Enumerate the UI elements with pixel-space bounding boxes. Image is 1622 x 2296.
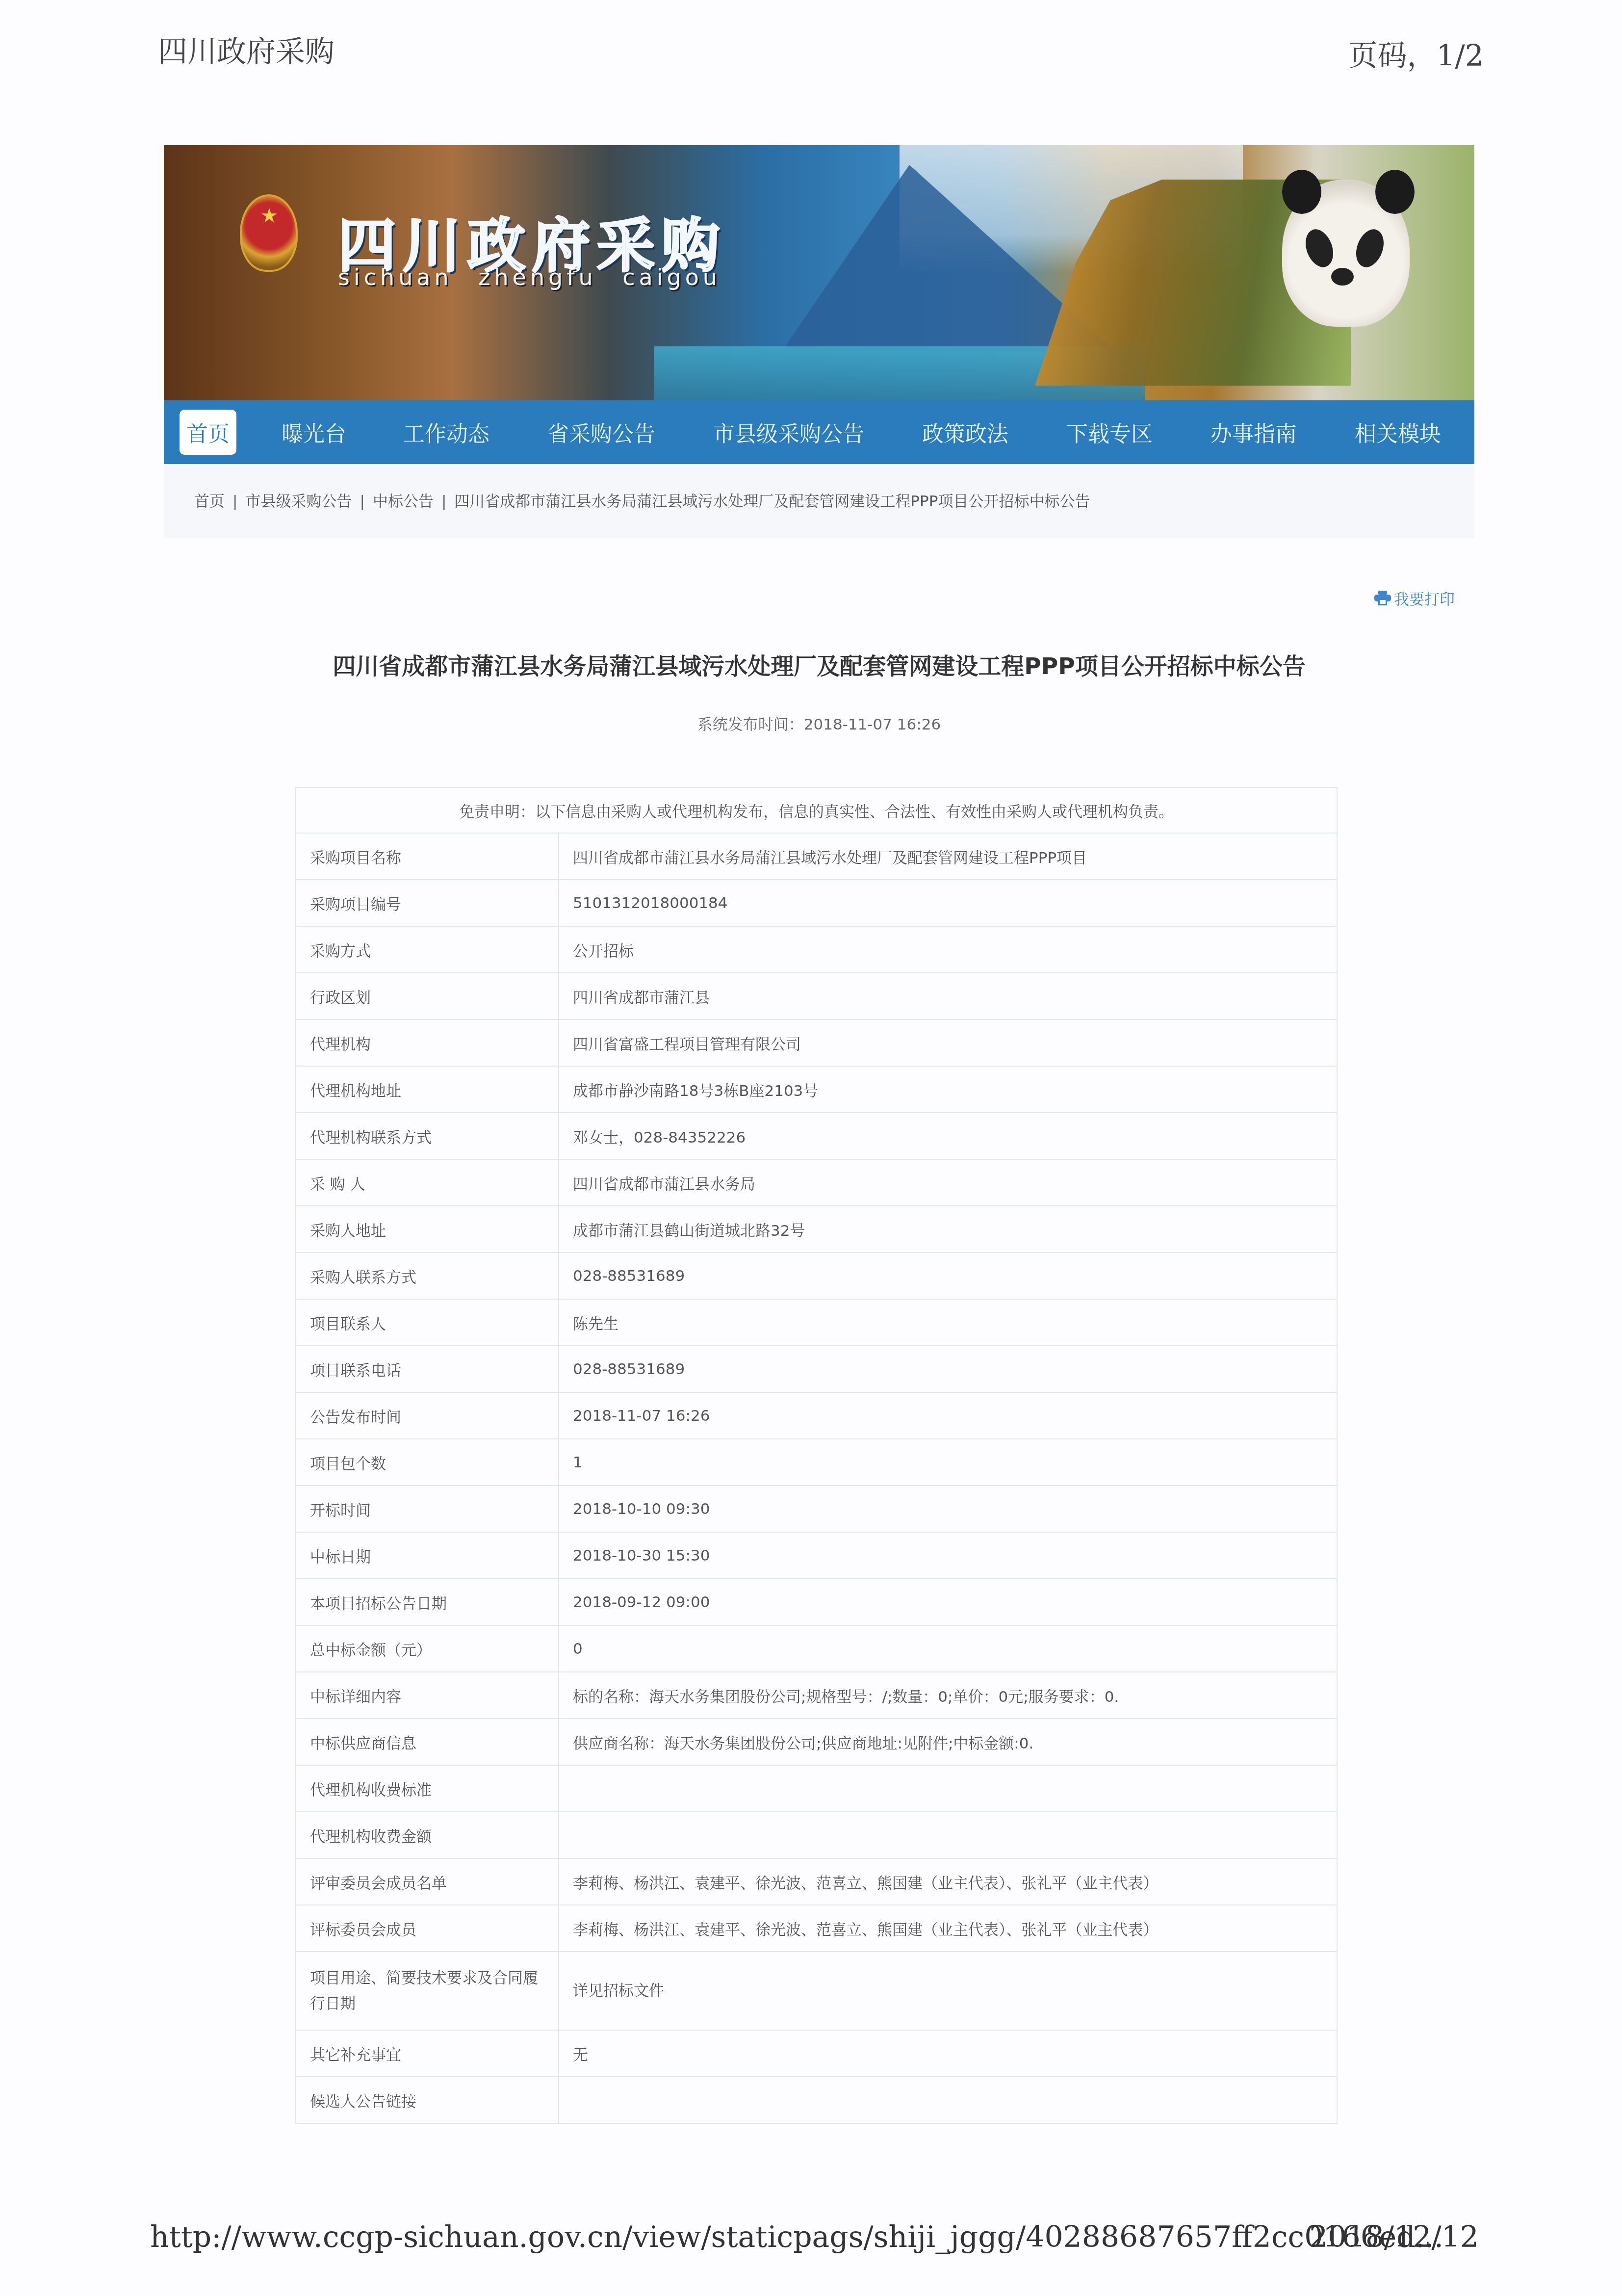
row-label: 代理机构联系方式	[296, 1113, 559, 1159]
row-label: 本项目招标公告日期	[296, 1579, 559, 1625]
breadcrumb: 首页|市县级采购公告|中标公告|四川省成都市蒲江县水务局蒲江县域污水处理厂及配套…	[194, 489, 1090, 511]
row-label: 中标日期	[296, 1532, 559, 1579]
print-label: 我要打印	[1394, 587, 1455, 609]
row-value: 2018-11-07 16:26	[559, 1392, 1337, 1439]
row-value: 供应商名称：海天水务集团股份公司;供应商地址:见附件;中标金额:0.	[559, 1719, 1337, 1765]
web-page: ★ 四川政府采购 sichuan zhengfu caigou 首页 曝光台 工…	[164, 145, 1474, 2137]
table-row: 项目联系电话028-88531689	[296, 1346, 1337, 1392]
row-label: 总中标金额（元）	[296, 1625, 559, 1672]
table-row: 采 购 人四川省成都市蒲江县水务局	[296, 1159, 1337, 1206]
breadcrumb-award-notices[interactable]: 中标公告	[373, 493, 434, 510]
row-value: 陈先生	[559, 1299, 1337, 1346]
print-header-page-number: 页码，1/2	[1348, 32, 1484, 75]
print-footer-date: 2018/12/12	[1309, 2220, 1479, 2254]
row-label: 代理机构地址	[296, 1066, 559, 1113]
nav-item-exposure[interactable]: 曝光台	[282, 417, 346, 448]
content-area: 我要打印 四川省成都市蒲江县水务局蒲江县域污水处理厂及配套管网建设工程PPP项目…	[164, 538, 1474, 2137]
table-row: 采购方式公开招标	[296, 926, 1337, 973]
table-row: 公告发布时间2018-11-07 16:26	[296, 1392, 1337, 1439]
table-row: 采购项目名称四川省成都市蒲江县水务局蒲江县域污水处理厂及配套管网建设工程PPP项…	[296, 833, 1337, 880]
row-label: 代理机构收费标准	[296, 1765, 559, 1812]
row-value: 详见招标文件	[559, 1952, 1337, 2030]
print-footer-url: http://www.ccgp-sichuan.gov.cn/view/stat…	[150, 2220, 1443, 2254]
nav-item-city-county-notices[interactable]: 市县级采购公告	[713, 417, 864, 448]
row-label: 项目联系人	[296, 1299, 559, 1346]
row-label: 中标供应商信息	[296, 1719, 559, 1765]
row-value: 2018-10-30 15:30	[559, 1532, 1337, 1579]
nav-item-related-modules[interactable]: 相关模块	[1355, 417, 1441, 448]
nav-item-guide[interactable]: 办事指南	[1210, 417, 1297, 448]
row-value: 标的名称：海天水务集团股份公司;规格型号：/;数量：0;单价：0元;服务要求：0…	[559, 1672, 1337, 1719]
row-label: 采购人地址	[296, 1206, 559, 1252]
row-label: 项目联系电话	[296, 1346, 559, 1392]
table-row: 其它补充事宜无	[296, 2030, 1337, 2077]
row-value: 2018-10-10 09:30	[559, 1486, 1337, 1532]
row-label: 项目包个数	[296, 1439, 559, 1486]
table-row: 代理机构联系方式邓女士，028-84352226	[296, 1113, 1337, 1159]
row-label: 采 购 人	[296, 1159, 559, 1206]
row-value: 028-88531689	[559, 1252, 1337, 1299]
table-row: 项目联系人陈先生	[296, 1299, 1337, 1346]
breadcrumb-city-county-notices[interactable]: 市县级采购公告	[245, 493, 352, 510]
row-value: 李莉梅、杨洪江、袁建平、徐光波、范喜立、熊国建（业主代表）、张礼平（业主代表）	[559, 1858, 1337, 1905]
nav-item-work-news[interactable]: 工作动态	[403, 417, 489, 448]
row-value: 李莉梅、杨洪江、袁建平、徐光波、范喜立、熊国建（业主代表）、张礼平（业主代表）	[559, 1905, 1337, 1952]
row-value: 四川省成都市蒲江县水务局蒲江县域污水处理厂及配套管网建设工程PPP项目	[559, 833, 1337, 880]
table-row: 代理机构四川省富盛工程项目管理有限公司	[296, 1019, 1337, 1066]
row-value: 四川省富盛工程项目管理有限公司	[559, 1019, 1337, 1066]
row-value: 0	[559, 1625, 1337, 1672]
award-info-table: 免责申明：以下信息由采购人或代理机构发布，信息的真实性、合法性、有效性由采购人或…	[295, 787, 1338, 2124]
row-label: 公告发布时间	[296, 1392, 559, 1439]
breadcrumb-separator: |	[441, 493, 446, 510]
breadcrumb-separator: |	[360, 493, 364, 510]
row-label: 代理机构收费金额	[296, 1812, 559, 1858]
nav-item-policies[interactable]: 政策政法	[922, 417, 1008, 448]
table-row: 评标委员会成员李莉梅、杨洪江、袁建平、徐光波、范喜立、熊国建（业主代表）、张礼平…	[296, 1905, 1337, 1952]
row-label: 候选人公告链接	[296, 2077, 559, 2123]
table-row: 中标日期2018-10-30 15:30	[296, 1532, 1337, 1579]
row-label: 开标时间	[296, 1486, 559, 1532]
table-row: 采购人地址成都市蒲江县鹤山街道城北路32号	[296, 1206, 1337, 1252]
printer-icon	[1374, 591, 1391, 605]
nav-item-provincial-notices[interactable]: 省采购公告	[547, 417, 655, 448]
table-row: 采购项目编号5101312018000184	[296, 880, 1337, 926]
breadcrumb-current: 四川省成都市蒲江县水务局蒲江县域污水处理厂及配套管网建设工程PPP项目公开招标中…	[454, 493, 1090, 510]
table-row: 行政区划四川省成都市蒲江县	[296, 973, 1337, 1019]
breadcrumb-home[interactable]: 首页	[194, 493, 225, 510]
table-row: 中标详细内容标的名称：海天水务集团股份公司;规格型号：/;数量：0;单价：0元;…	[296, 1672, 1337, 1719]
site-logo-subtitle: sichuan zhengfu caigou	[338, 264, 721, 290]
row-label: 代理机构	[296, 1019, 559, 1066]
table-row: 采购人联系方式028-88531689	[296, 1252, 1337, 1299]
row-value: 成都市静沙南路18号3栋B座2103号	[559, 1066, 1337, 1113]
row-value: 无	[559, 2030, 1337, 2077]
table-row: 代理机构收费标准	[296, 1765, 1337, 1812]
row-label: 采购项目名称	[296, 833, 559, 880]
row-value: 028-88531689	[559, 1346, 1337, 1392]
nav-item-downloads[interactable]: 下载专区	[1066, 417, 1153, 448]
row-label: 中标详细内容	[296, 1672, 559, 1719]
disclaimer-text: 免责申明：以下信息由采购人或代理机构发布，信息的真实性、合法性、有效性由采购人或…	[296, 787, 1337, 833]
table-row: 本项目招标公告日期2018-09-12 09:00	[296, 1579, 1337, 1625]
table-row: 项目包个数1	[296, 1439, 1337, 1486]
row-label: 采购人联系方式	[296, 1252, 559, 1299]
panda-image	[1282, 180, 1410, 327]
row-value	[559, 2077, 1337, 2123]
row-value: 公开招标	[559, 926, 1337, 973]
print-header-site: 四川政府采购	[158, 28, 335, 71]
row-label: 行政区划	[296, 973, 559, 1019]
row-value: 成都市蒲江县鹤山街道城北路32号	[559, 1206, 1337, 1252]
table-row: 开标时间2018-10-10 09:30	[296, 1486, 1337, 1532]
row-value: 2018-09-12 09:00	[559, 1579, 1337, 1625]
document-title: 四川省成都市蒲江县水务局蒲江县域污水处理厂及配套管网建设工程PPP项目公开招标中…	[164, 648, 1474, 681]
row-label: 评审委员会成员名单	[296, 1858, 559, 1905]
table-row: 项目用途、简要技术要求及合同履行日期详见招标文件	[296, 1952, 1337, 2030]
row-label: 采购项目编号	[296, 880, 559, 926]
row-label: 项目用途、简要技术要求及合同履行日期	[296, 1952, 559, 2030]
row-label: 评标委员会成员	[296, 1905, 559, 1952]
main-nav: 首页 曝光台 工作动态 省采购公告 市县级采购公告 政策政法 下载专区 办事指南…	[164, 400, 1474, 464]
nav-item-home[interactable]: 首页	[180, 410, 236, 455]
disclaimer-row: 免责申明：以下信息由采购人或代理机构发布，信息的真实性、合法性、有效性由采购人或…	[296, 787, 1337, 833]
row-value: 邓女士，028-84352226	[559, 1113, 1337, 1159]
row-value: 四川省成都市蒲江县	[559, 973, 1337, 1019]
breadcrumb-separator: |	[232, 493, 237, 510]
row-value: 5101312018000184	[559, 880, 1337, 926]
table-row: 代理机构地址成都市静沙南路18号3栋B座2103号	[296, 1066, 1337, 1113]
row-value: 1	[559, 1439, 1337, 1486]
row-label: 采购方式	[296, 926, 559, 973]
table-row: 代理机构收费金额	[296, 1812, 1337, 1858]
table-row: 评审委员会成员名单李莉梅、杨洪江、袁建平、徐光波、范喜立、熊国建（业主代表）、张…	[296, 1858, 1337, 1905]
row-value: 四川省成都市蒲江县水务局	[559, 1159, 1337, 1206]
table-row: 中标供应商信息供应商名称：海天水务集团股份公司;供应商地址:见附件;中标金额:0…	[296, 1719, 1337, 1765]
publish-time: 系统发布时间：2018-11-07 16:26	[164, 712, 1474, 734]
print-button[interactable]: 我要打印	[1374, 587, 1455, 609]
table-row: 候选人公告链接	[296, 2077, 1337, 2123]
row-value	[559, 1765, 1337, 1812]
national-emblem-icon: ★	[240, 194, 298, 272]
row-value	[559, 1812, 1337, 1858]
row-label: 其它补充事宜	[296, 2030, 559, 2077]
table-row: 总中标金额（元）0	[296, 1625, 1337, 1672]
site-banner: ★ 四川政府采购 sichuan zhengfu caigou	[164, 145, 1474, 400]
